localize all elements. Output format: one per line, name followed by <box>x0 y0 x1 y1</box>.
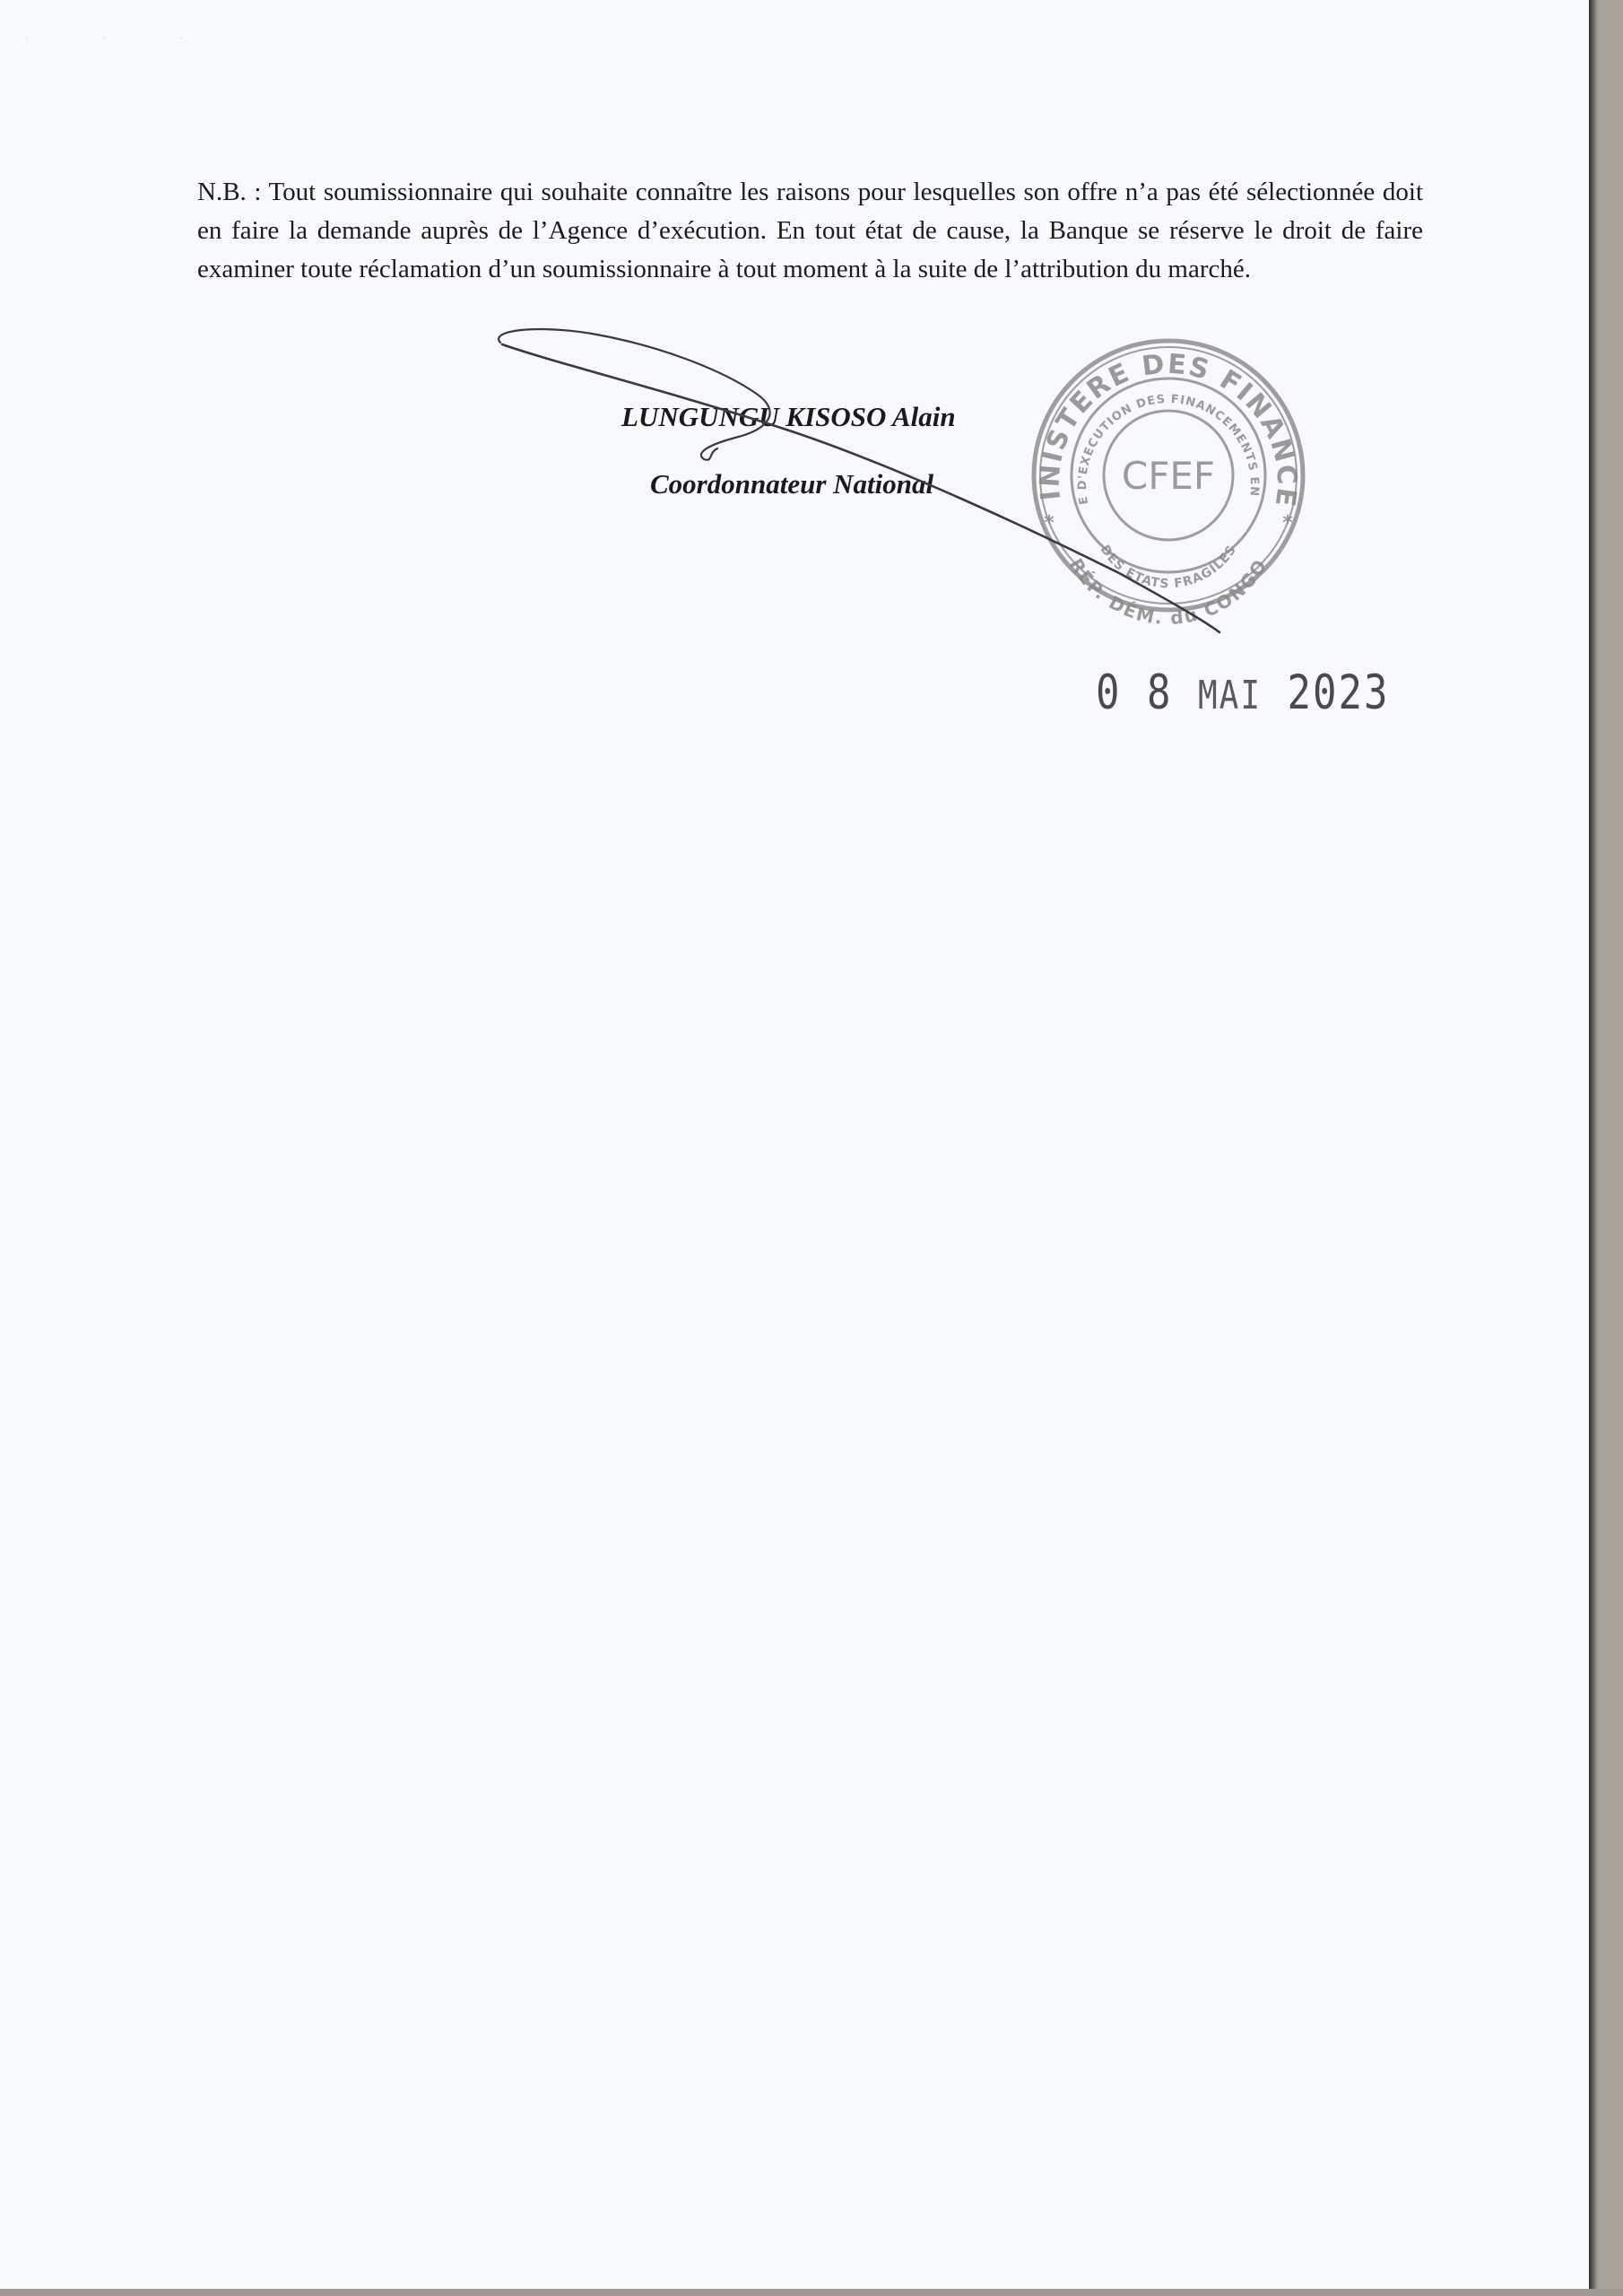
scan-specks: · · · <box>25 34 218 44</box>
signatory-name: LUNGUNGU KISOSO Alain <box>621 401 956 433</box>
date-stamp: 0 8 MAI 2023 <box>1096 665 1389 720</box>
nb-paragraph: N.B. : Tout soumissionnaire qui souhaite… <box>197 173 1423 289</box>
scanned-page <box>0 0 1589 2289</box>
scanner-bed-strip <box>0 2289 1623 2296</box>
date-month: MAI <box>1198 674 1262 718</box>
date-year: 2023 <box>1288 665 1390 720</box>
date-day: 0 8 <box>1096 665 1172 720</box>
page-edge-shadow <box>1589 0 1598 2289</box>
signatory-title: Coordonnateur National <box>650 468 933 500</box>
